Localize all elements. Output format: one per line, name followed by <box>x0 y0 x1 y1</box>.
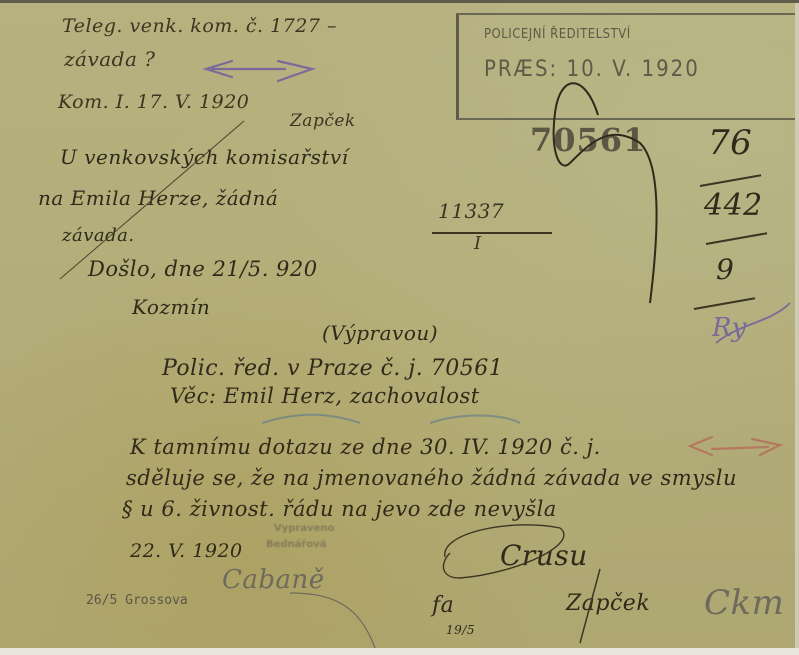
stamp-number: 70561 <box>530 121 646 159</box>
header-line-kom-date: Kom. I. 17. V. 1920 <box>58 91 249 113</box>
received-signature: Kozmín <box>132 295 210 319</box>
received-note: Došlo, dne 21/5. 920 <box>88 257 318 281</box>
initials-date: 19/5 <box>446 623 475 637</box>
header-line-zavada: závada ? <box>64 47 156 71</box>
ref-number-2: 442 <box>704 188 763 223</box>
fraction-top: 11337 <box>438 199 504 223</box>
page-edge-right <box>795 3 799 648</box>
stamp-received-date: PRÆS: 10. V. 1920 <box>484 57 700 82</box>
header-signature: Zapček <box>290 111 356 131</box>
stamp-office: POLICEJNÍ ŘEDITELSTVÍ <box>484 27 631 42</box>
header-line-telegram: Teleg. venk. kom. č. 1727 – <box>62 15 337 37</box>
dispatch-text-line-3: § u 6. živnost. řádu na jevo zde nevyšla <box>122 497 557 521</box>
body-line-2: na Emila Herze, žádná <box>38 186 278 210</box>
pencil-signature-right: Ckm <box>704 583 784 623</box>
ref-number-3: 9 <box>716 253 734 286</box>
ref-divider-2 <box>706 232 767 245</box>
typed-note: 26/5 Grossova <box>86 593 188 608</box>
faded-stamp-line-2: Bednářová <box>266 539 327 550</box>
faded-stamp-line-1: Vypraveno <box>274 523 334 534</box>
pencil-signature-left: Cabaně <box>222 565 325 595</box>
dispatch-subject: Věc: Emil Herz, zachovalost <box>170 384 480 408</box>
main-signature: Crusu <box>500 539 588 572</box>
ref-initials: Ry <box>712 313 747 343</box>
initials: fa <box>432 593 454 618</box>
ref-divider-3 <box>694 297 755 310</box>
body-line-1: U venkovských komisařství <box>60 145 349 169</box>
fraction-divider <box>432 232 552 234</box>
fraction-bottom: I <box>474 233 482 254</box>
signature-zapcek: Zapček <box>566 591 650 616</box>
dispatch-heading: (Výpravou) <box>322 321 438 345</box>
dispatch-text-line-1: K tamnímu dotazu ze dne 30. IV. 1920 č. … <box>130 435 601 459</box>
ref-number-1: 76 <box>708 123 752 163</box>
ref-divider-1 <box>700 174 761 187</box>
dispatch-date: 22. V. 1920 <box>130 540 243 562</box>
pencil-trail <box>290 593 376 648</box>
blue-arc <box>262 415 520 423</box>
dispatch-text-line-2: sděluje se, že na jmenovaného žádná záva… <box>126 466 737 490</box>
dispatch-addressee: Polic. řed. v Praze č. j. 70561 <box>162 356 503 381</box>
violet-double-arrow <box>206 61 312 81</box>
body-line-3: závada. <box>62 225 135 246</box>
document-page: POLICEJNÍ ŘEDITELSTVÍ PRÆS: 10. V. 1920 … <box>0 0 799 648</box>
red-double-arrow <box>690 437 780 455</box>
